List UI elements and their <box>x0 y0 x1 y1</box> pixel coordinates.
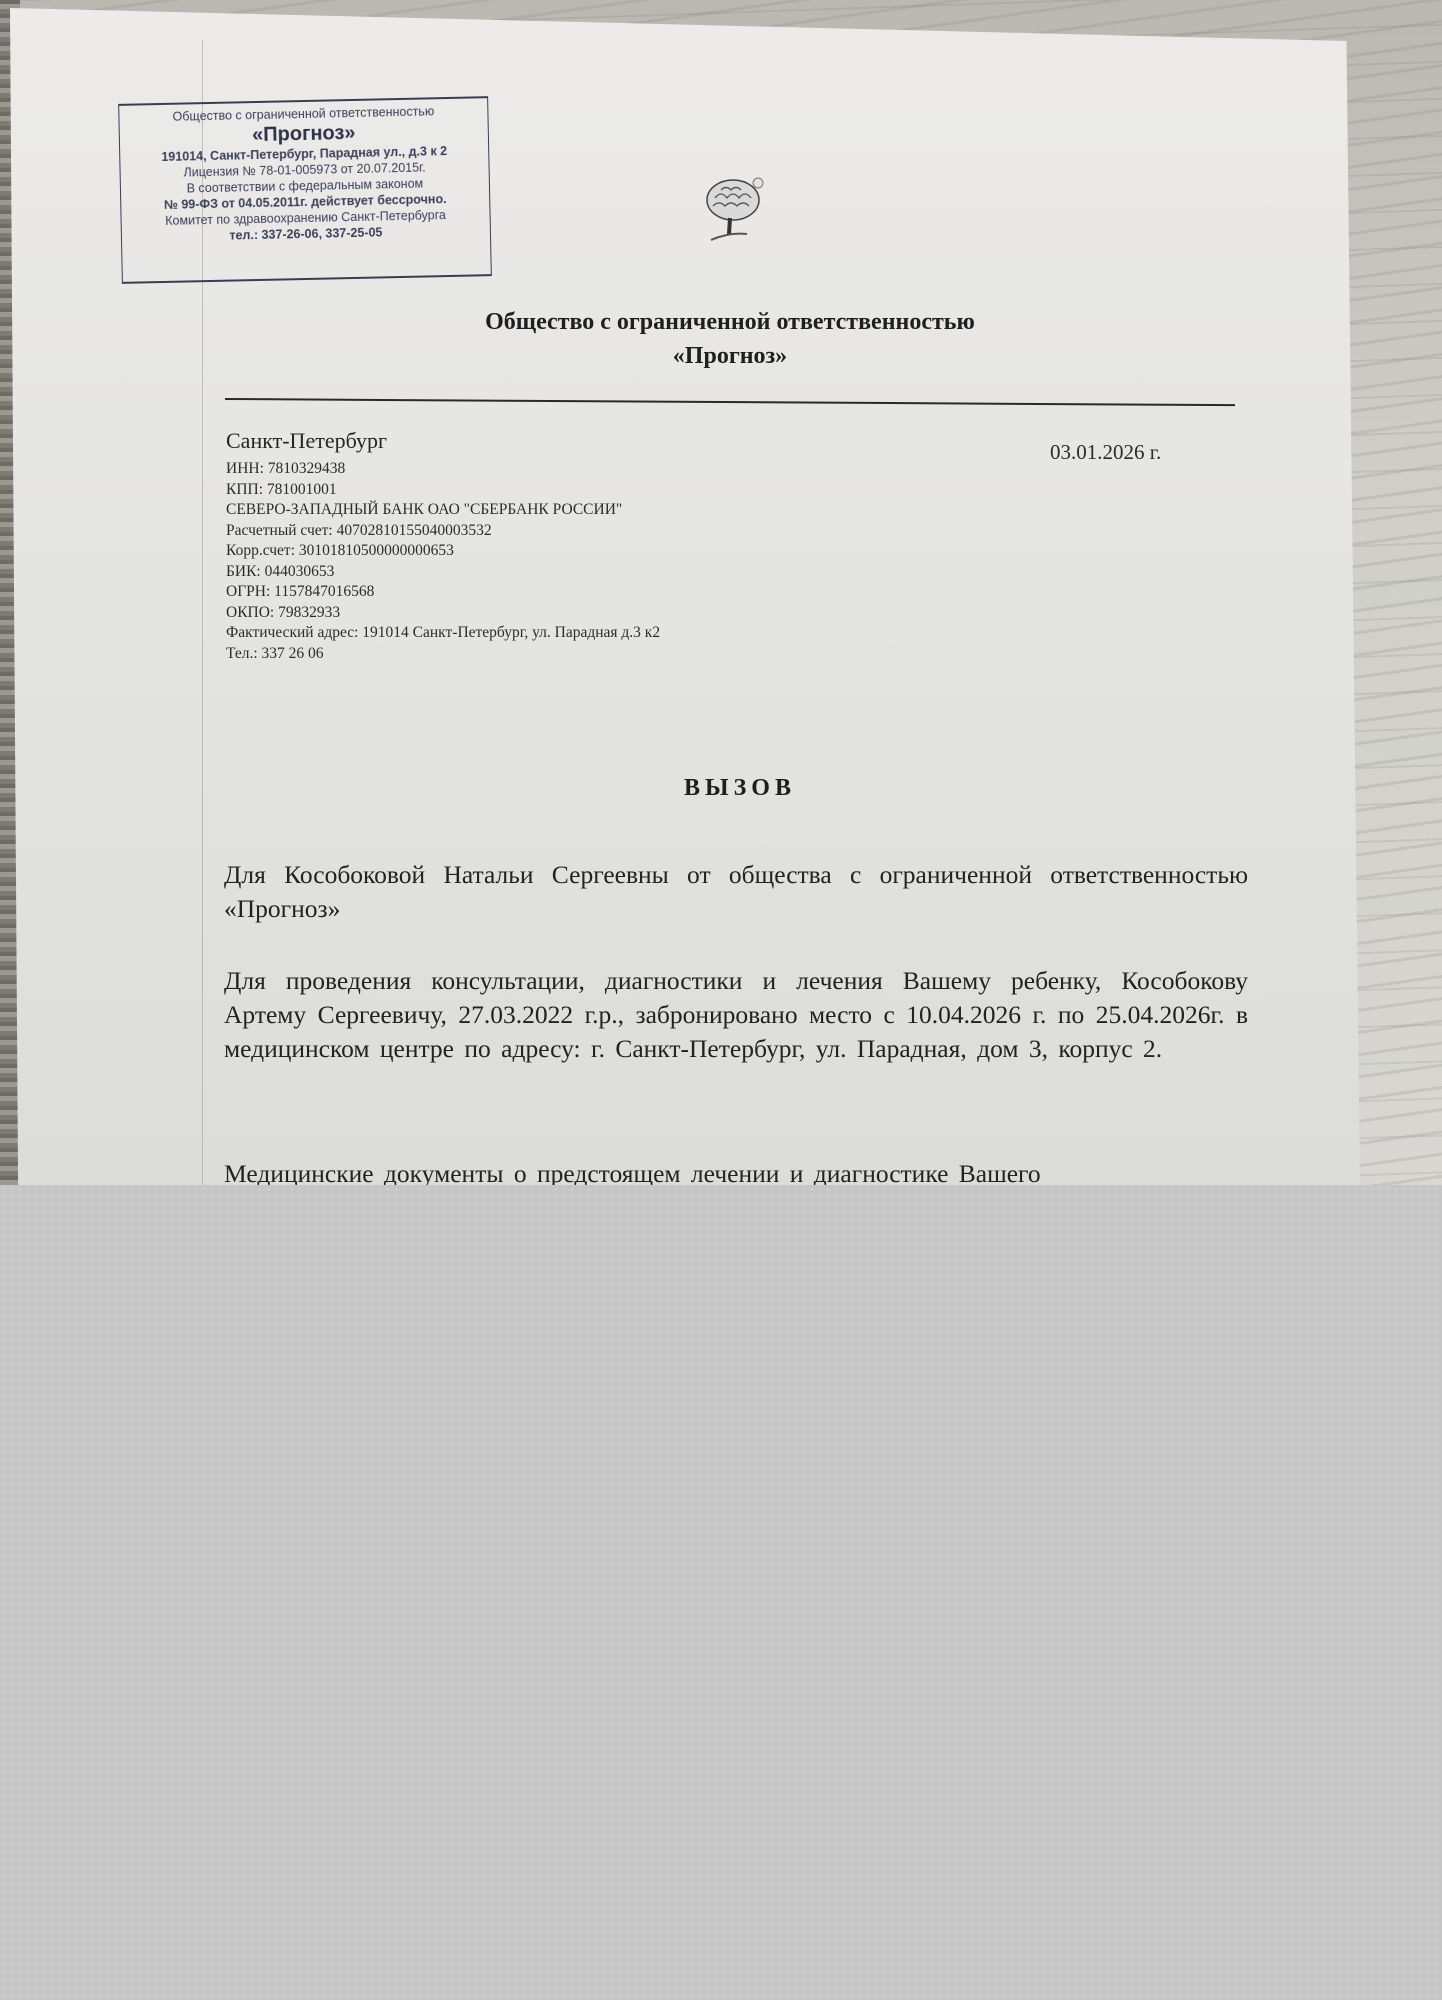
company-heading-line1: Общество с ограниченной ответственностью <box>300 305 1160 339</box>
paragraph-booking: Для проведения консультации, диагностики… <box>224 964 1248 1066</box>
requisite-inn: ИНН: 7810329438 <box>226 459 660 480</box>
requisite-account: Расчетный счет: 40702810155040003532 <box>226 521 660 542</box>
requisite-kpp: КПП: 781001001 <box>226 480 660 501</box>
company-requisites: ИНН: 7810329438 КПП: 781001001 СЕВЕРО-ЗА… <box>226 459 660 664</box>
requisite-corr-account: Корр.счет: 30101810500000000653 <box>226 541 660 562</box>
requisite-ogrn: ОГРН: 1157847016568 <box>226 582 660 603</box>
city-label: Санкт-Петербург <box>226 428 387 454</box>
company-heading-line2: «Прогноз» <box>300 339 1160 373</box>
paragraph-recipient: Для Кособоковой Натальи Сергеевны от общ… <box>224 858 1248 926</box>
document-title: ВЫЗОВ <box>560 775 920 802</box>
requisite-bik: БИК: 044030653 <box>226 562 660 583</box>
requisite-address: Фактический адрес: 191014 Санкт-Петербур… <box>226 623 660 644</box>
requisite-bank: СЕВЕРО-ЗАПАДНЫЙ БАНК ОАО "СБЕРБАНК РОССИ… <box>226 500 660 521</box>
requisite-okpo: ОКПО: 79832933 <box>226 603 660 624</box>
company-stamp: Общество с ограниченной ответственностью… <box>118 96 492 284</box>
paragraph-medical-documents: Медицинские документы о предстоящем лече… <box>224 1157 1248 1185</box>
redacted-blank-area <box>0 1185 1442 2000</box>
document-date: 03.01.2026 г. <box>1050 440 1161 465</box>
company-heading: Общество с ограниченной ответственностью… <box>300 305 1160 373</box>
brain-tree-icon <box>685 170 775 260</box>
requisite-phone: Тел.: 337 26 06 <box>226 644 660 665</box>
